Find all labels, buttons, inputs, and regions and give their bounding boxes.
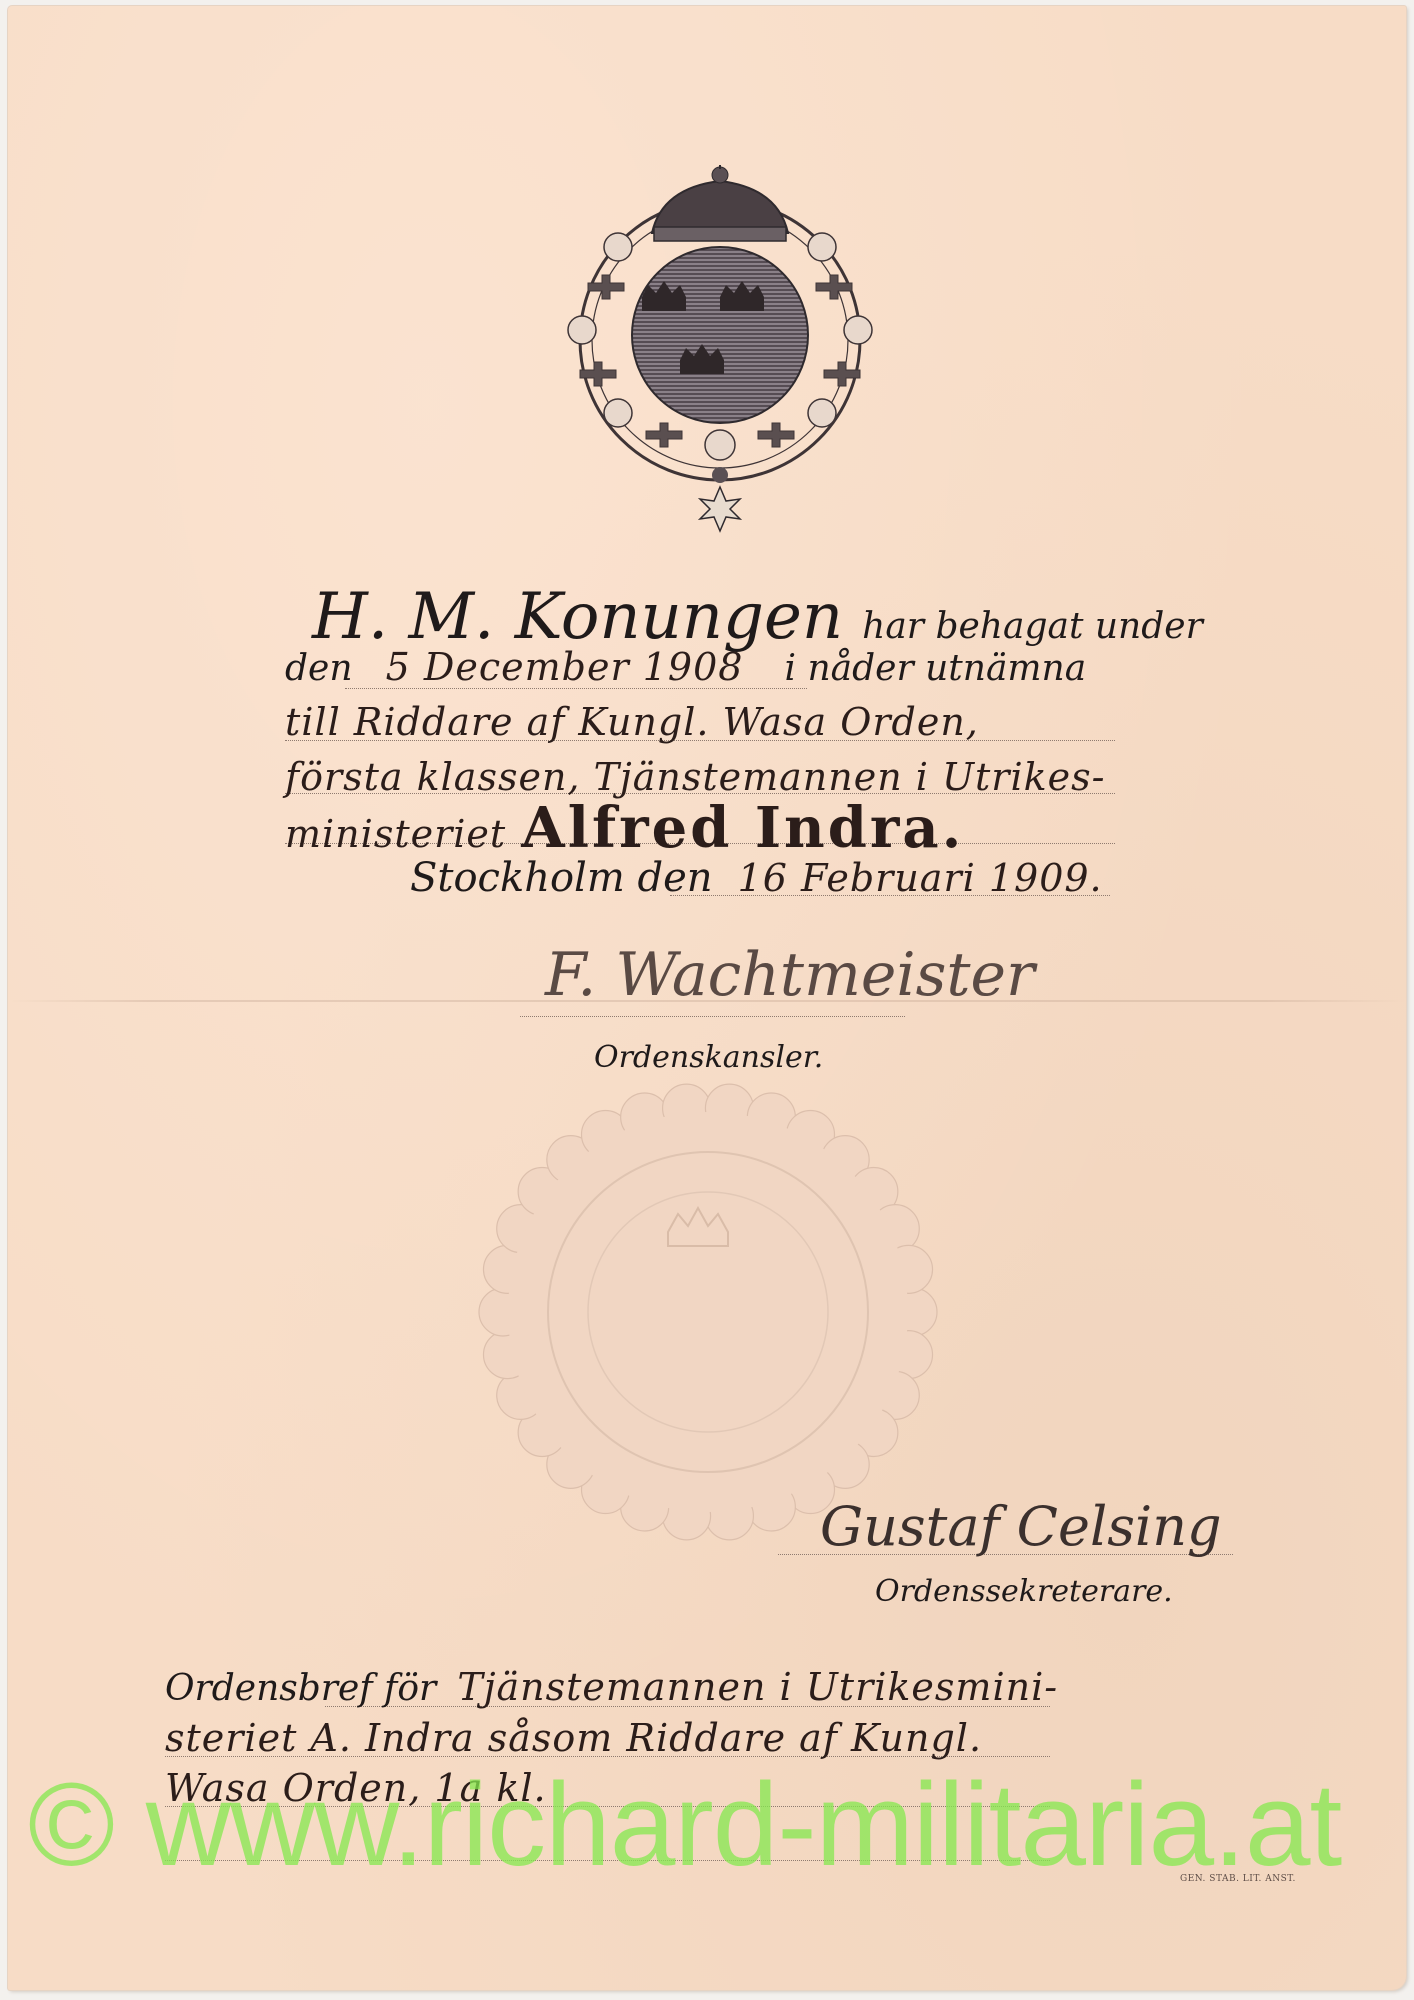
printed-text: i nåder utnämna bbox=[785, 648, 1087, 689]
signature-chancellor: F. Wachtmeister bbox=[545, 940, 1035, 1010]
coat-of-arms-icon bbox=[560, 165, 880, 535]
place-text: Stockholm den bbox=[410, 855, 713, 901]
signature-rule bbox=[520, 1016, 905, 1017]
opening-phrase: har behagat under bbox=[862, 606, 1203, 647]
footer-line-2: steriet A. Indra såsom Riddare af Kungl. bbox=[165, 1716, 982, 1760]
footer-printed: Ordensbref för bbox=[165, 1668, 436, 1709]
body-line-2: till Riddare af Kungl. Wasa Orden, bbox=[285, 700, 979, 744]
title-chancellor: Ordenskansler. bbox=[594, 1040, 823, 1075]
place-date-line: Stockholm den 16 Februari 1909. bbox=[410, 855, 1103, 901]
footer-line-1: Ordensbref för Tjänstemannen i Utrikesmi… bbox=[165, 1665, 1058, 1709]
issue-date: 16 Februari 1909. bbox=[738, 856, 1103, 900]
handwritten-date: 5 December 1908 bbox=[386, 645, 744, 689]
recipient-name: Alfred Indra. bbox=[521, 795, 964, 861]
footer-handwritten: Tjänstemannen i Utrikesmini- bbox=[457, 1665, 1058, 1709]
body-line-1: den 5 December 1908 i nåder utnämna bbox=[285, 645, 1086, 689]
body-line-3: första klassen, Tjänstemannen i Utrikes- bbox=[285, 755, 1105, 799]
title-secretary: Ordenssekreterare. bbox=[875, 1574, 1173, 1609]
handwritten-text: ministeriet bbox=[285, 812, 506, 856]
body-line-4: ministeriet Alfred Indra. bbox=[285, 795, 964, 861]
royal-title: H. M. Konungen bbox=[312, 580, 843, 654]
printed-text: den bbox=[285, 648, 353, 689]
watermark: © www.richard-militaria.at bbox=[28, 1766, 1341, 1884]
opening-line: H. M. Konungen har behagat under bbox=[312, 580, 1203, 654]
signature-secretary: Gustaf Celsing bbox=[820, 1495, 1222, 1558]
embossed-seal-icon bbox=[478, 1082, 938, 1542]
